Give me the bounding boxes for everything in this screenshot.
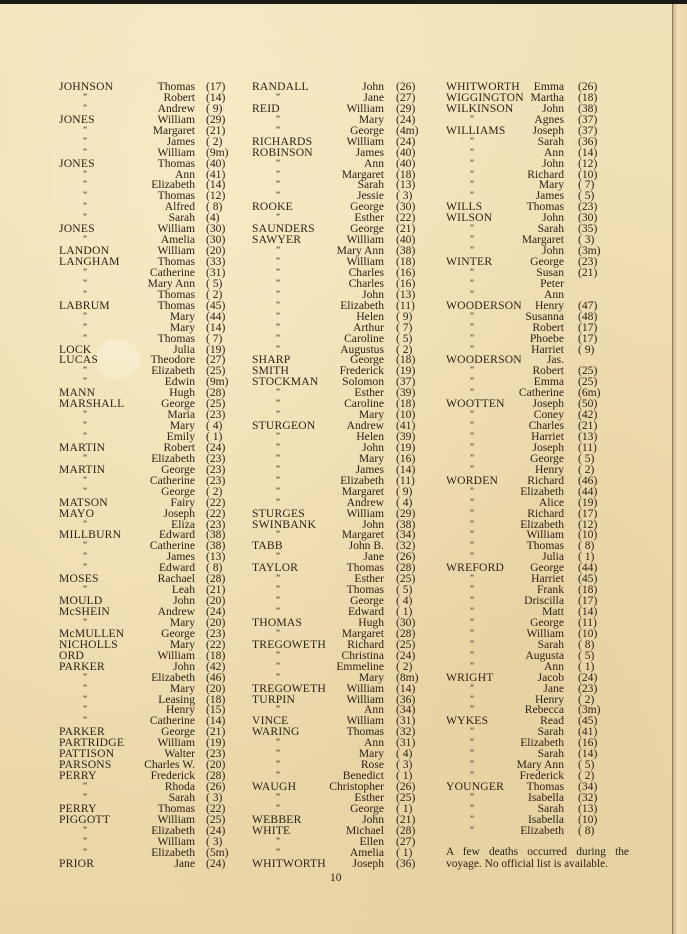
- ditto-mark: ”: [83, 201, 87, 212]
- ditto-mark: ”: [83, 683, 87, 694]
- passenger-row: ”Peter: [446, 279, 634, 290]
- ditto-mark: ”: [470, 497, 474, 508]
- surname: JONES: [59, 159, 95, 170]
- ditto-mark: ”: [276, 759, 280, 770]
- passenger-row: ”Driscilla(17): [446, 596, 634, 607]
- ditto-mark: ”: [470, 267, 474, 278]
- ditto-mark: ”: [276, 497, 280, 508]
- surname: TURPIN: [252, 695, 295, 706]
- surname: LUCAS: [59, 355, 98, 366]
- ditto-mark: ”: [276, 486, 280, 497]
- ditto-mark: ”: [83, 136, 87, 147]
- age: (21): [578, 268, 597, 279]
- ditto-mark: ”: [470, 409, 474, 420]
- ditto-mark: ”: [470, 147, 474, 158]
- ditto-mark: ”: [276, 114, 280, 125]
- ditto-mark: ”: [276, 650, 280, 661]
- ditto-mark: ”: [276, 737, 280, 748]
- surname: LANGHAM: [59, 257, 120, 268]
- ditto-mark: ”: [276, 267, 280, 278]
- surname: JONES: [59, 115, 95, 126]
- surname: PERRY: [59, 771, 97, 782]
- ditto-mark: ”: [83, 169, 87, 180]
- age: (24): [206, 859, 225, 870]
- surname: SWINBANK: [252, 520, 316, 531]
- ditto-mark: ”: [470, 661, 474, 672]
- ditto-mark: ”: [276, 584, 280, 595]
- footnote: A few deaths occurred during the voyage.…: [446, 847, 629, 870]
- ditto-mark: ”: [83, 267, 87, 278]
- surname: MOSES: [59, 574, 99, 585]
- age: (36): [396, 859, 415, 870]
- ditto-mark: ”: [470, 169, 474, 180]
- surname: WHITWORTH: [252, 859, 326, 870]
- ditto-mark: ”: [470, 311, 474, 322]
- ditto-mark: ”: [276, 169, 280, 180]
- ditto-mark: ”: [470, 606, 474, 617]
- ditto-mark: ”: [470, 814, 474, 825]
- passenger-row: ”Ann(14): [446, 148, 634, 159]
- ditto-mark: ”: [276, 278, 280, 289]
- ditto-mark: ”: [83, 672, 87, 683]
- surname: WOODERSON: [446, 355, 522, 366]
- passenger-row: WRIGHTJacob(24): [446, 673, 634, 684]
- ditto-mark: ”: [470, 420, 474, 431]
- ditto-mark: ”: [470, 365, 474, 376]
- ditto-mark: ”: [83, 825, 87, 836]
- page-edge: [672, 4, 687, 934]
- passenger-row: ”Thomas( 8): [446, 541, 634, 552]
- document-page: JOHNSONThomas(17)”Robert(14)”Andrew( 9)J…: [0, 4, 672, 934]
- ditto-mark: ”: [83, 836, 87, 847]
- ditto-mark: ”: [470, 431, 474, 442]
- ditto-mark: ”: [83, 475, 87, 486]
- ditto-mark: ”: [470, 322, 474, 333]
- ditto-mark: ”: [276, 836, 280, 847]
- ditto-mark: ”: [276, 453, 280, 464]
- ditto-mark: ”: [83, 125, 87, 136]
- surname: TREGOWETH: [252, 640, 326, 651]
- ditto-mark: ”: [83, 333, 87, 344]
- surname: WILKINSON: [446, 104, 514, 115]
- ditto-mark: ”: [276, 464, 280, 475]
- ditto-mark: ”: [83, 190, 87, 201]
- age: ( 8): [578, 826, 594, 837]
- ditto-mark: ”: [83, 847, 87, 858]
- surname: YOUNGER: [446, 782, 504, 793]
- ditto-mark: ”: [276, 847, 280, 858]
- ditto-mark: ”: [276, 661, 280, 672]
- ditto-mark: ”: [83, 409, 87, 420]
- ditto-mark: ”: [470, 223, 474, 234]
- ditto-mark: ”: [83, 92, 87, 103]
- ditto-mark: ”: [83, 179, 87, 190]
- ditto-mark: ”: [470, 584, 474, 595]
- ditto-mark: ”: [470, 683, 474, 694]
- passenger-column-3: WHITWORTHEmma(26)WIGGINGTONMartha(18)WIL…: [446, 82, 634, 837]
- ditto-mark: ”: [83, 311, 87, 322]
- ditto-mark: ”: [83, 694, 87, 705]
- ditto-mark: ”: [470, 234, 474, 245]
- ditto-mark: ”: [470, 158, 474, 169]
- ditto-mark: ”: [470, 136, 474, 147]
- ditto-mark: ”: [470, 595, 474, 606]
- surname: ROBINSON: [252, 148, 313, 159]
- ditto-mark: ”: [470, 694, 474, 705]
- ditto-mark: ”: [83, 420, 87, 431]
- ditto-mark: ”: [470, 650, 474, 661]
- ditto-mark: ”: [276, 289, 280, 300]
- ditto-mark: ”: [470, 508, 474, 519]
- ditto-mark: ”: [470, 376, 474, 387]
- ditto-mark: ”: [83, 147, 87, 158]
- ditto-mark: ”: [83, 322, 87, 333]
- ditto-mark: ”: [470, 540, 474, 551]
- surname: PARKER: [59, 662, 105, 673]
- ditto-mark: ”: [470, 748, 474, 759]
- ditto-mark: ”: [276, 322, 280, 333]
- ditto-mark: ”: [470, 759, 474, 770]
- ditto-mark: ”: [83, 365, 87, 376]
- surname: JONES: [59, 224, 95, 235]
- given-name: Elizabeth: [520, 826, 564, 837]
- surname: STURGEON: [252, 421, 315, 432]
- surname: MILLBURN: [59, 530, 121, 541]
- passenger-row: ”Elizabeth( 8): [446, 826, 634, 837]
- surname: STOCKMAN: [252, 377, 318, 388]
- ditto-mark: ”: [470, 628, 474, 639]
- surname: MAYO: [59, 509, 94, 520]
- age: ( 9): [578, 345, 594, 356]
- passenger-row: ”Sarah(36): [446, 137, 634, 148]
- passenger-row: PRIORJane(24): [59, 859, 231, 870]
- ditto-mark: ”: [470, 617, 474, 628]
- ditto-mark: ”: [470, 792, 474, 803]
- page-number: 10: [330, 872, 342, 884]
- ditto-mark: ”: [276, 333, 280, 344]
- ditto-mark: ”: [470, 486, 474, 497]
- ditto-mark: ”: [470, 442, 474, 453]
- ditto-mark: ”: [470, 726, 474, 737]
- surname: WHITE: [252, 826, 290, 837]
- ditto-mark: ”: [276, 475, 280, 486]
- ditto-mark: ”: [276, 442, 280, 453]
- ditto-mark: ”: [276, 595, 280, 606]
- ditto-mark: ”: [83, 781, 87, 792]
- ditto-mark: ”: [276, 573, 280, 584]
- ditto-mark: ”: [83, 278, 87, 289]
- given-name: Jane: [174, 859, 195, 870]
- given-name: Joseph: [352, 859, 384, 870]
- surname: WAUGH: [252, 782, 296, 793]
- ditto-mark: ”: [276, 748, 280, 759]
- passenger-column-1: JOHNSONThomas(17)”Robert(14)”Andrew( 9)J…: [59, 82, 231, 870]
- ditto-mark: ”: [83, 551, 87, 562]
- passenger-column-2: RANDALLJohn(26)”Jane(27)REIDWilliam(29)”…: [252, 82, 428, 870]
- ditto-mark: ”: [276, 398, 280, 409]
- ditto-mark: ”: [276, 672, 280, 683]
- ditto-mark: ”: [83, 486, 87, 497]
- surname: PRIOR: [59, 859, 94, 870]
- ditto-mark: ”: [276, 179, 280, 190]
- ditto-mark: ”: [276, 792, 280, 803]
- ditto-mark: ”: [276, 431, 280, 442]
- surname: WYKES: [446, 716, 488, 727]
- ditto-mark: ”: [83, 704, 87, 715]
- surname: MARSHALL: [59, 399, 124, 410]
- ditto-mark: ”: [276, 311, 280, 322]
- ditto-mark: ”: [470, 278, 474, 289]
- passenger-row: WHITWORTHJoseph(36): [252, 859, 428, 870]
- ditto-mark: ”: [470, 453, 474, 464]
- surname: WILLIAMS: [446, 126, 506, 137]
- ditto-mark: ”: [470, 529, 474, 540]
- surname: RANDALL: [252, 82, 309, 93]
- ditto-mark: ”: [470, 803, 474, 814]
- ditto-mark: ”: [276, 158, 280, 169]
- ditto-mark: ”: [276, 387, 280, 398]
- ditto-mark: ”: [470, 333, 474, 344]
- ditto-mark: ”: [470, 639, 474, 650]
- ditto-mark: ”: [276, 256, 280, 267]
- ditto-mark: ”: [470, 179, 474, 190]
- surname: WOOTTEN: [446, 399, 505, 410]
- ditto-mark: ”: [276, 245, 280, 256]
- ditto-mark: ”: [470, 573, 474, 584]
- ditto-mark: ”: [276, 300, 280, 311]
- ditto-mark: ”: [470, 737, 474, 748]
- ditto-mark: ”: [83, 540, 87, 551]
- ditto-mark: ”: [470, 519, 474, 530]
- passenger-row: ”Margaret( 3): [446, 235, 634, 246]
- ditto-mark: ”: [470, 825, 474, 836]
- passenger-row: ”Augusta( 5): [446, 651, 634, 662]
- surname: ROOKE: [252, 202, 293, 213]
- surname: WREFORD: [446, 563, 504, 574]
- surname: WOODERSON: [446, 301, 522, 312]
